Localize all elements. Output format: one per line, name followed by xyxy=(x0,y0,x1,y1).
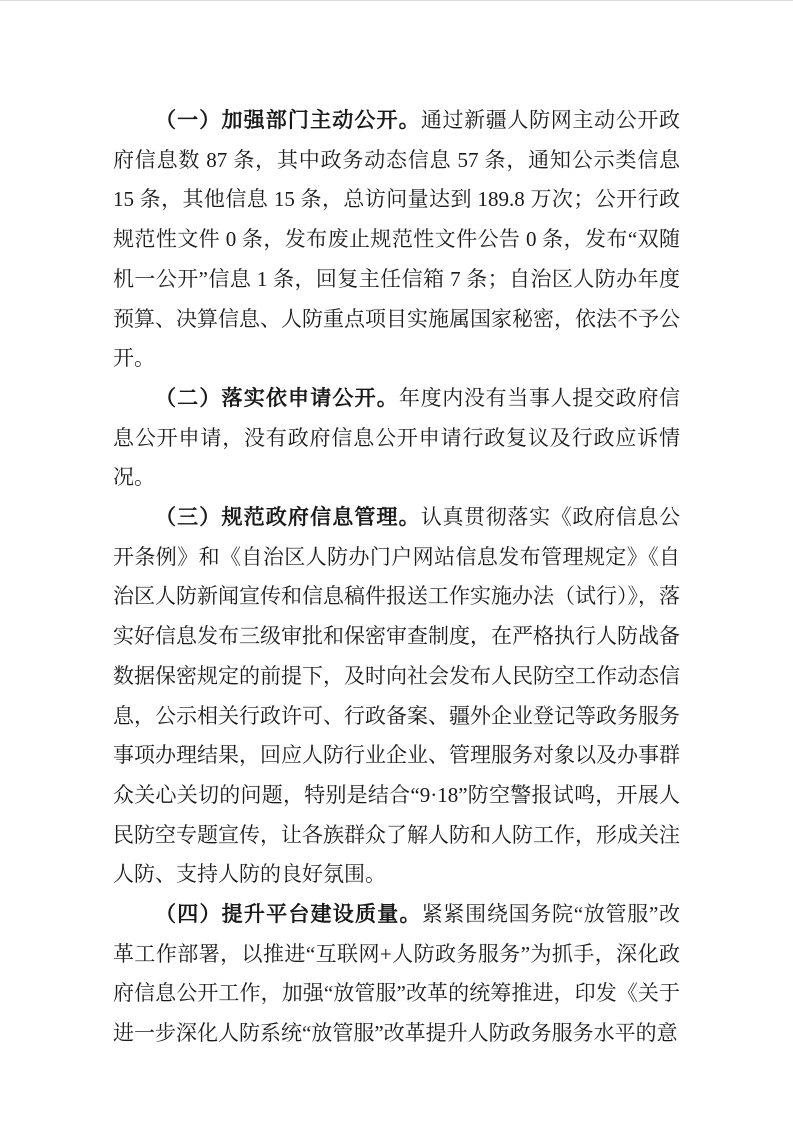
paragraph-4-heading: （四）提升平台建设质量。 xyxy=(155,903,422,926)
paragraph-improve-platform-quality: （四）提升平台建设质量。紧紧围绕国务院“放管服”改革工作部署，以推进“互联网+人… xyxy=(113,895,680,1054)
paragraph-strengthen-active-disclosure: （一）加强部门主动公开。通过新疆人防网主动公开政府信息数 87 条，其中政务动态… xyxy=(113,101,680,379)
document-page: （一）加强部门主动公开。通过新疆人防网主动公开政府信息数 87 条，其中政务动态… xyxy=(0,0,793,1122)
paragraph-1-body: 通过新疆人防网主动公开政府信息数 87 条，其中政务动态信息 57 条，通知公示… xyxy=(113,108,680,370)
paragraph-3-heading: （三）规范政府信息管理。 xyxy=(155,506,421,529)
paragraph-1-heading: （一）加强部门主动公开。 xyxy=(155,109,421,132)
document-text-block: （一）加强部门主动公开。通过新疆人防网主动公开政府信息数 87 条，其中政务动态… xyxy=(113,101,680,1054)
paragraph-3-body: 认真贯彻落实《政府信息公开条例》和《自治区人防办门户网站信息发布管理规定》《自治… xyxy=(113,505,680,886)
paragraph-standardize-info-management: （三）规范政府信息管理。认真贯彻落实《政府信息公开条例》和《自治区人防办门户网站… xyxy=(113,498,680,895)
paragraph-disclosure-upon-request: （二）落实依申请公开。年度内没有当事人提交政府信息公开申请，没有政府信息公开申请… xyxy=(113,379,680,498)
paragraph-2-heading: （二）落实依申请公开。 xyxy=(155,387,399,410)
